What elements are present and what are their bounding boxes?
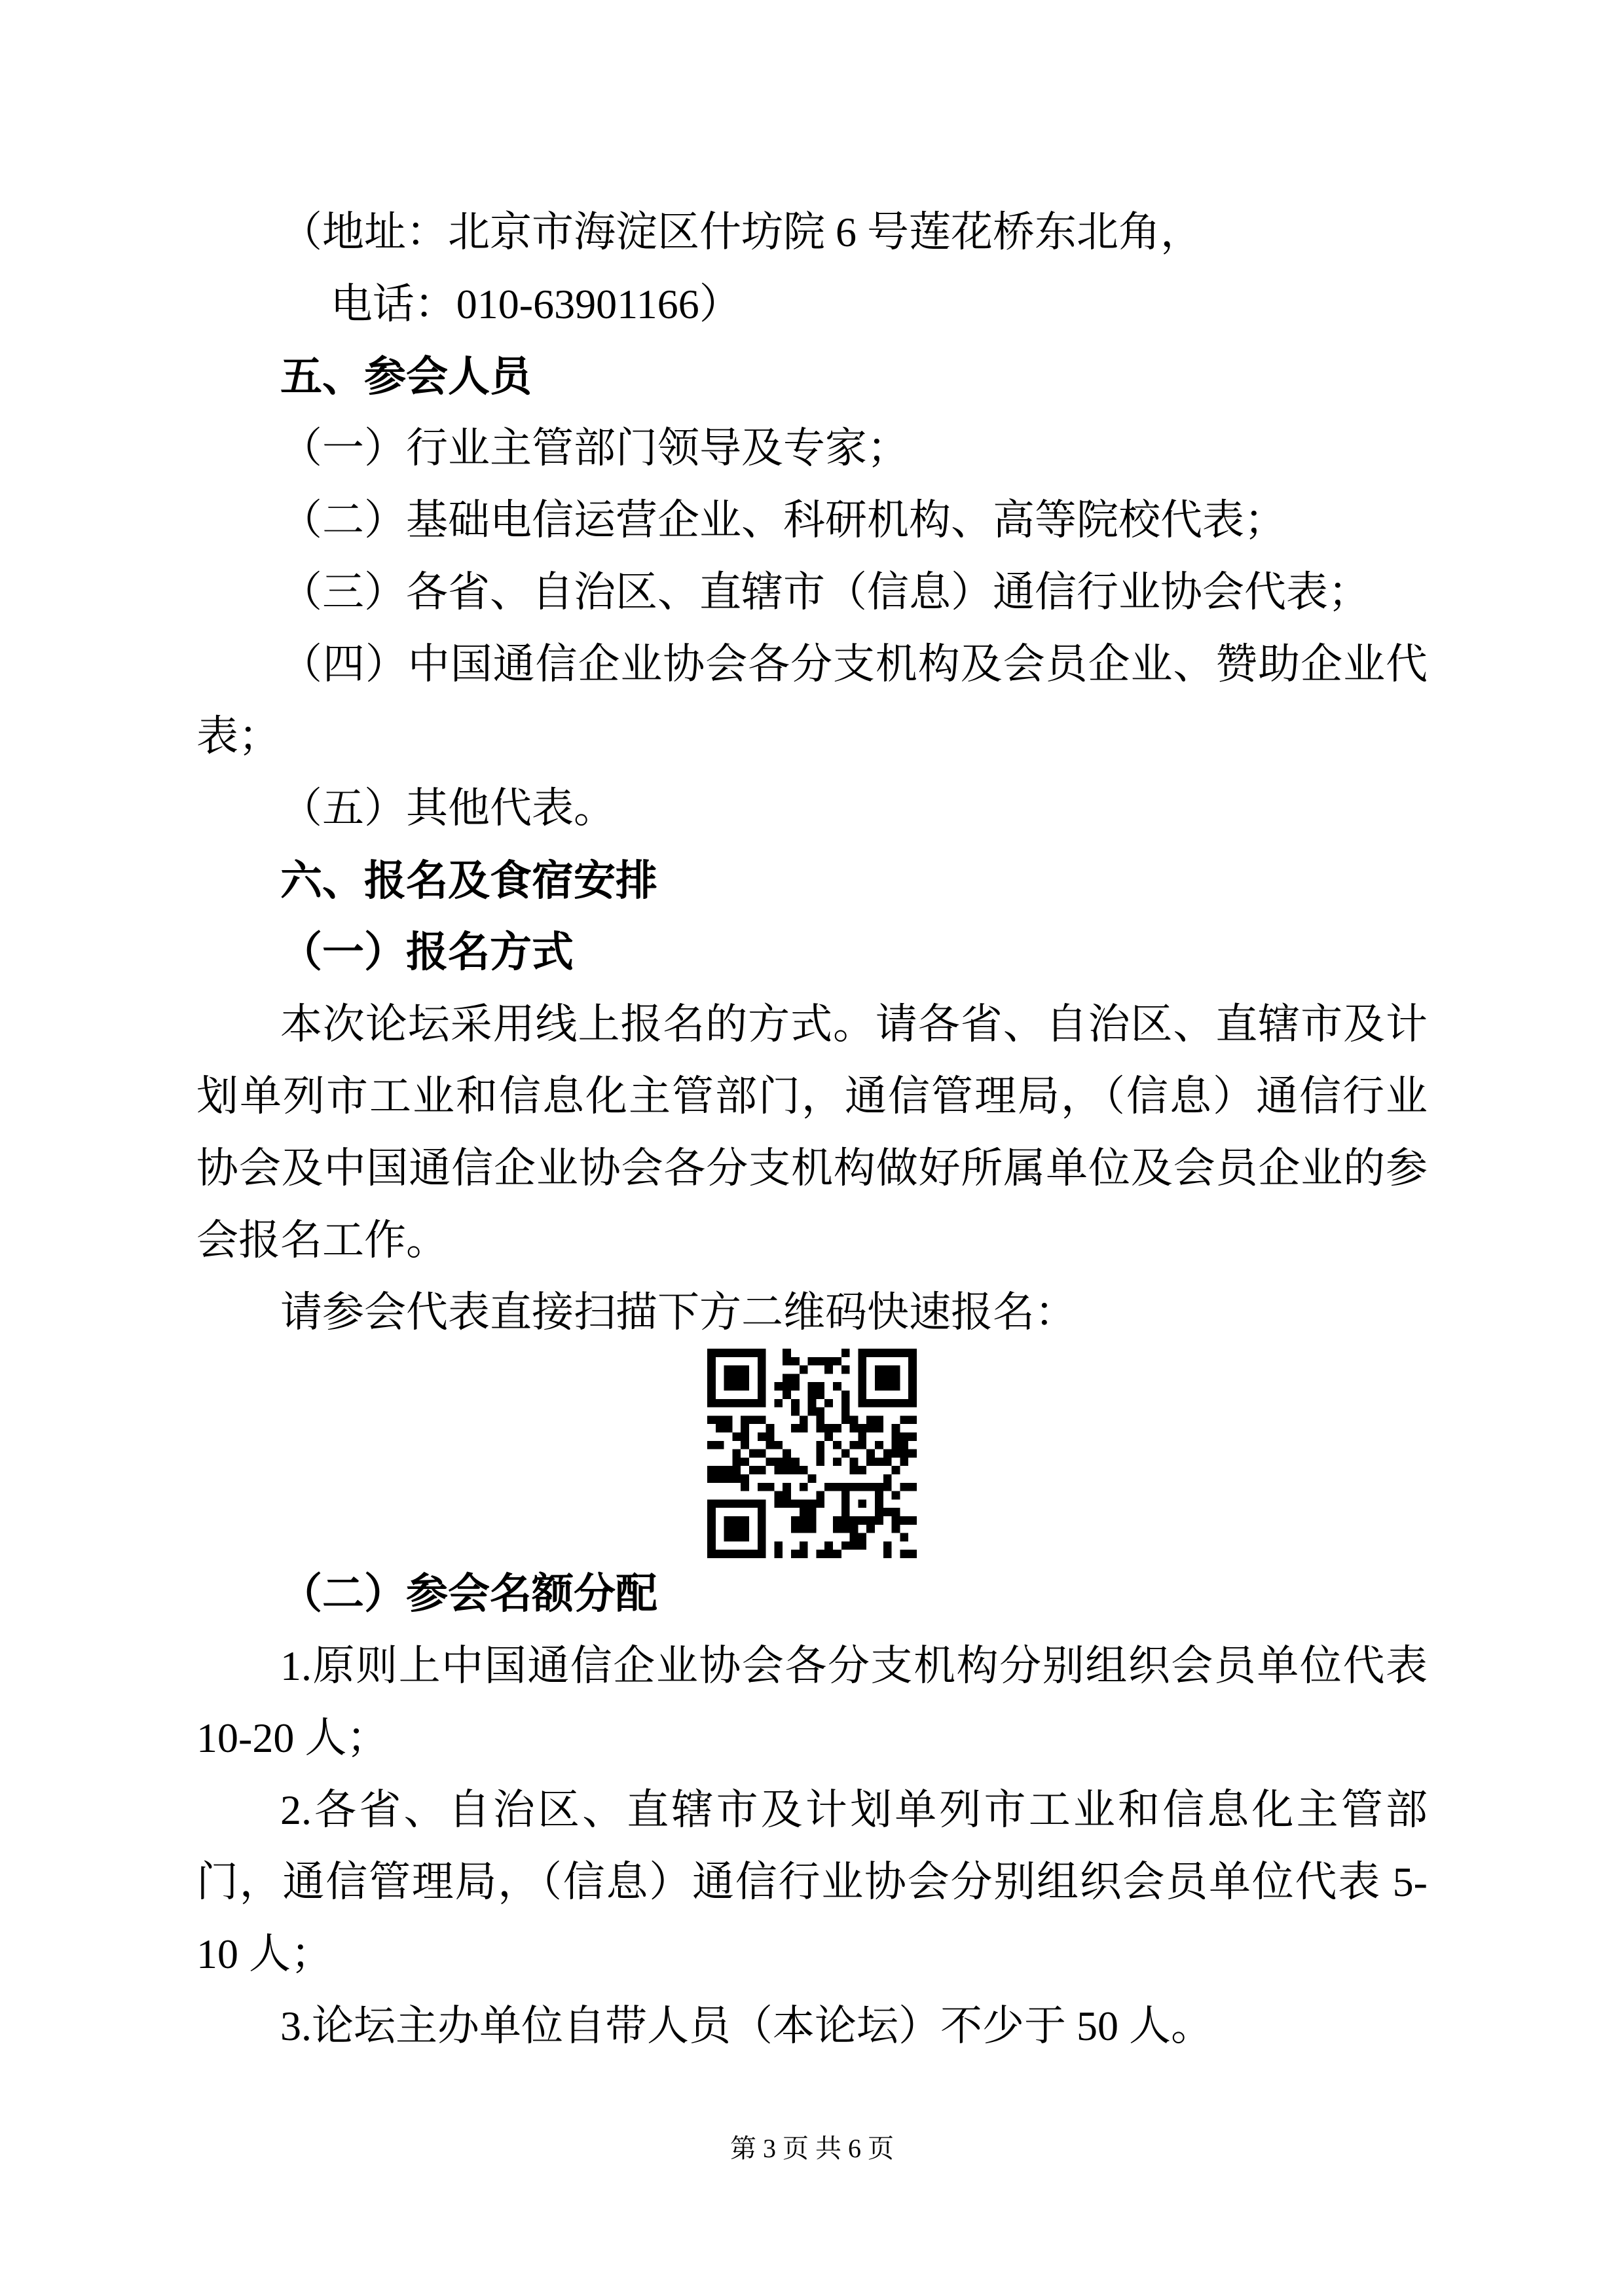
attendee-item-1: （一）行业主管部门领导及专家； [196, 412, 1428, 484]
document-page: （地址：北京市海淀区什坊院 6 号莲花桥东北角， 电话：010-63901166… [0, 0, 1624, 2296]
attendee-item-2: （二）基础电信运营企业、科研机构、高等院校代表； [196, 484, 1428, 556]
quota-item-2: 2.各省、自治区、直辖市及计划单列市工业和信息化主管部门，通信管理局，（信息）通… [196, 1774, 1428, 1990]
attendee-item-4: （四）中国通信企业协会各分支机构及会员企业、赞助企业代表； [196, 629, 1428, 773]
document-body: （地址：北京市海淀区什坊院 6 号莲花桥东北角， 电话：010-63901166… [196, 196, 1428, 2062]
qr-instruction-line: 请参会代表直接扫描下方二维码快速报名： [196, 1277, 1428, 1349]
attendee-item-3: （三）各省、自治区、直辖市（信息）通信行业协会代表； [196, 556, 1428, 629]
subsection-heading-signup-method: （一）报名方式 [196, 917, 1428, 989]
phone-line: 电话：010-63901166） [196, 268, 1428, 340]
quota-item-3: 3.论坛主办单位自带人员（本论坛）不少于 50 人。 [196, 1990, 1428, 2062]
section-heading-registration: 六、报名及食宿安排 [196, 845, 1428, 917]
signup-method-paragraph: 本次论坛采用线上报名的方式。请各省、自治区、直辖市及计划单列市工业和信息化主管部… [196, 989, 1428, 1277]
page-number: 第 3 页 共 6 页 [0, 2133, 1624, 2164]
address-line: （地址：北京市海淀区什坊院 6 号莲花桥东北角， [196, 196, 1428, 268]
section-heading-attendees: 五、参会人员 [196, 340, 1428, 412]
qr-code [196, 1349, 1428, 1558]
subsection-heading-quota: （二）参会名额分配 [196, 1558, 1428, 1630]
qr-code-image [707, 1349, 917, 1558]
quota-item-1: 1.原则上中国通信企业协会各分支机构分别组织会员单位代表 10-20 人； [196, 1630, 1428, 1774]
attendee-item-5: （五）其他代表。 [196, 773, 1428, 845]
